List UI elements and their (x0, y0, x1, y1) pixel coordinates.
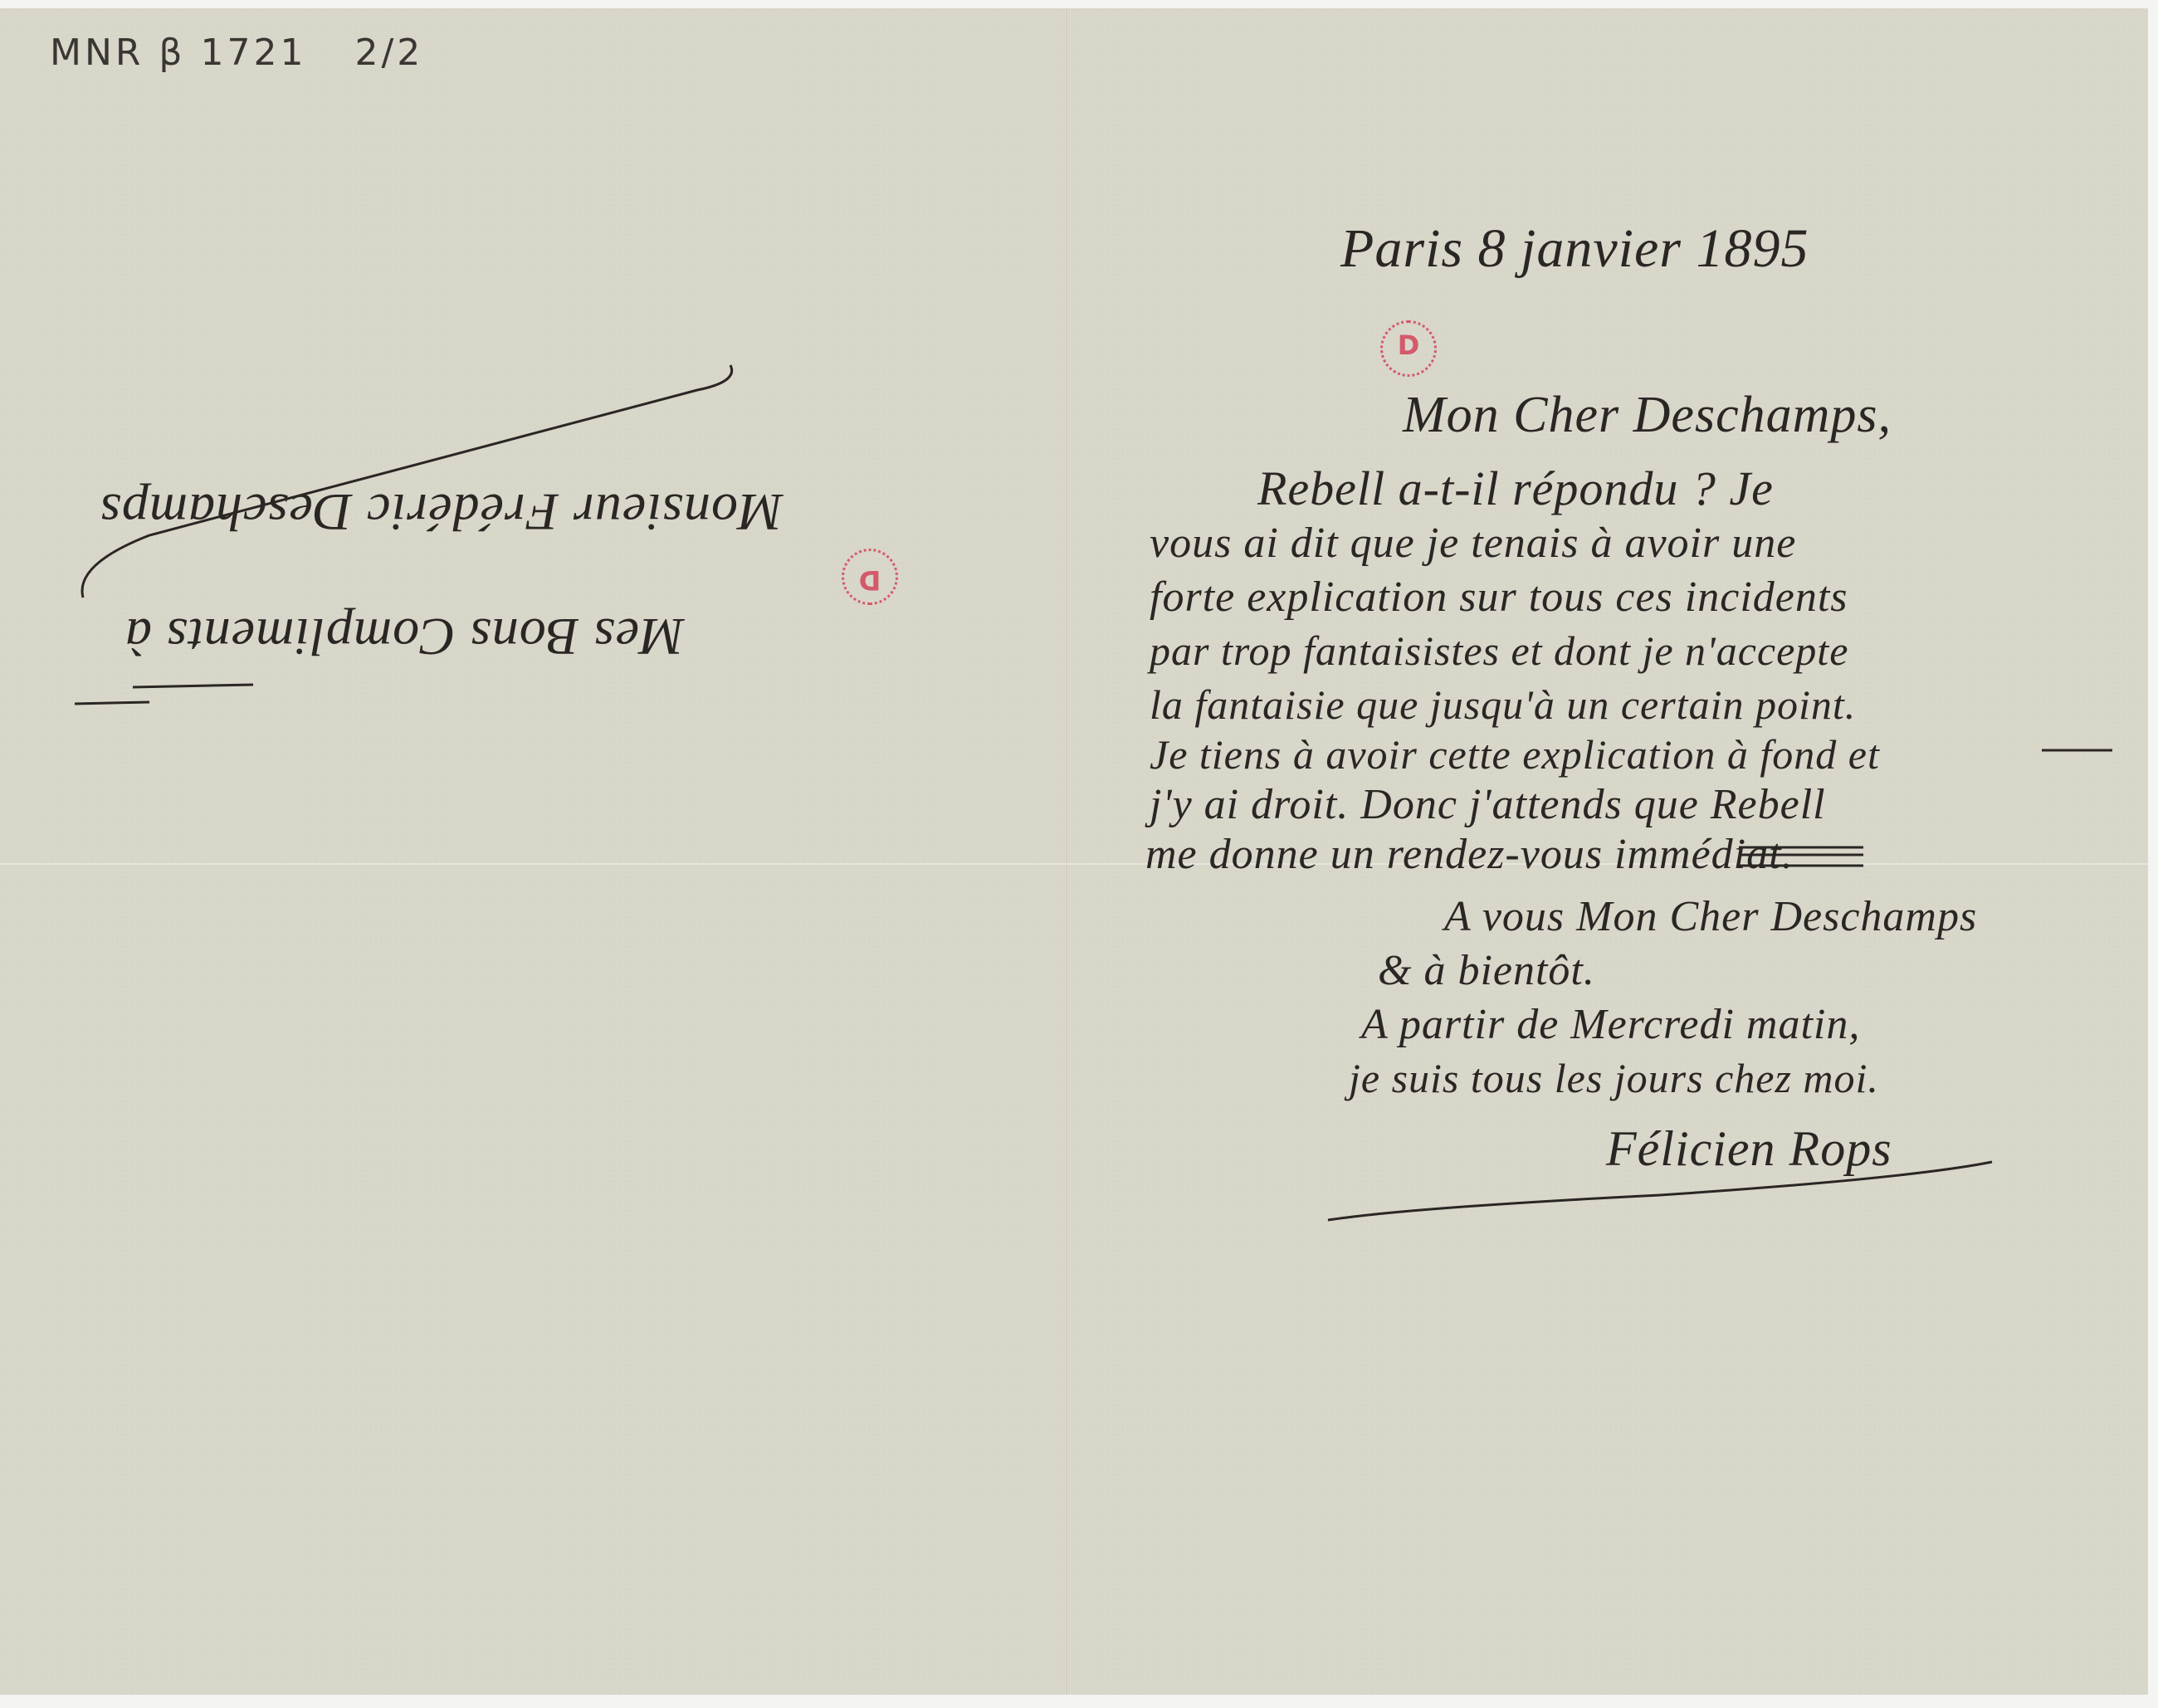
library-stamp-right: D (1380, 320, 1437, 377)
inverted-line-1: Mes Bons Compliments à (124, 606, 684, 667)
archive-number: MNR β 1721 (50, 32, 306, 74)
body-line: Je tiens à avoir cette explication à fon… (1150, 730, 1880, 778)
closing-line: A partir de Mercredi matin, (1361, 1000, 1860, 1049)
stamp-letter: D (844, 564, 896, 596)
body-line: me donne un rendez-vous immédiat. (1145, 830, 1794, 879)
horizontal-fold (0, 863, 2148, 865)
letter-sheet (0, 8, 2148, 1695)
body-line: la fantaisie que jusqu'à un certain poin… (1150, 681, 1856, 729)
dateline: Paris 8 janvier 1895 (1340, 217, 1809, 281)
closing-line: A vous Mon Cher Deschamps (1444, 892, 1977, 941)
archive-page: 2/2 (354, 32, 423, 74)
body-line: par trop fantaisistes et dont je n'accep… (1150, 627, 1848, 675)
body-line: vous ai dit que je tenais à avoir une (1150, 519, 1796, 568)
body-line: Rebell a-t-il répondu ? Je (1257, 461, 1774, 516)
salutation: Mon Cher Deschamps, (1403, 386, 1892, 445)
archive-reference: MNR β 1721 2/2 (50, 32, 423, 74)
body-line: forte explication sur tous ces incidents (1150, 573, 1848, 622)
center-fold (1064, 8, 1067, 1695)
stamp-letter: D (1383, 329, 1434, 361)
closing-line: & à bientôt. (1378, 946, 1595, 995)
body-line: j'y ai droit. Donc j'attends que Rebell (1150, 780, 1826, 829)
library-stamp-left: D (842, 549, 898, 605)
inverted-line-2: Monsieur Frédéric Deschamps (100, 481, 783, 543)
signature: Félicien Rops (1606, 1120, 1892, 1178)
closing-line: je suis tous les jours chez moi. (1349, 1054, 1879, 1102)
